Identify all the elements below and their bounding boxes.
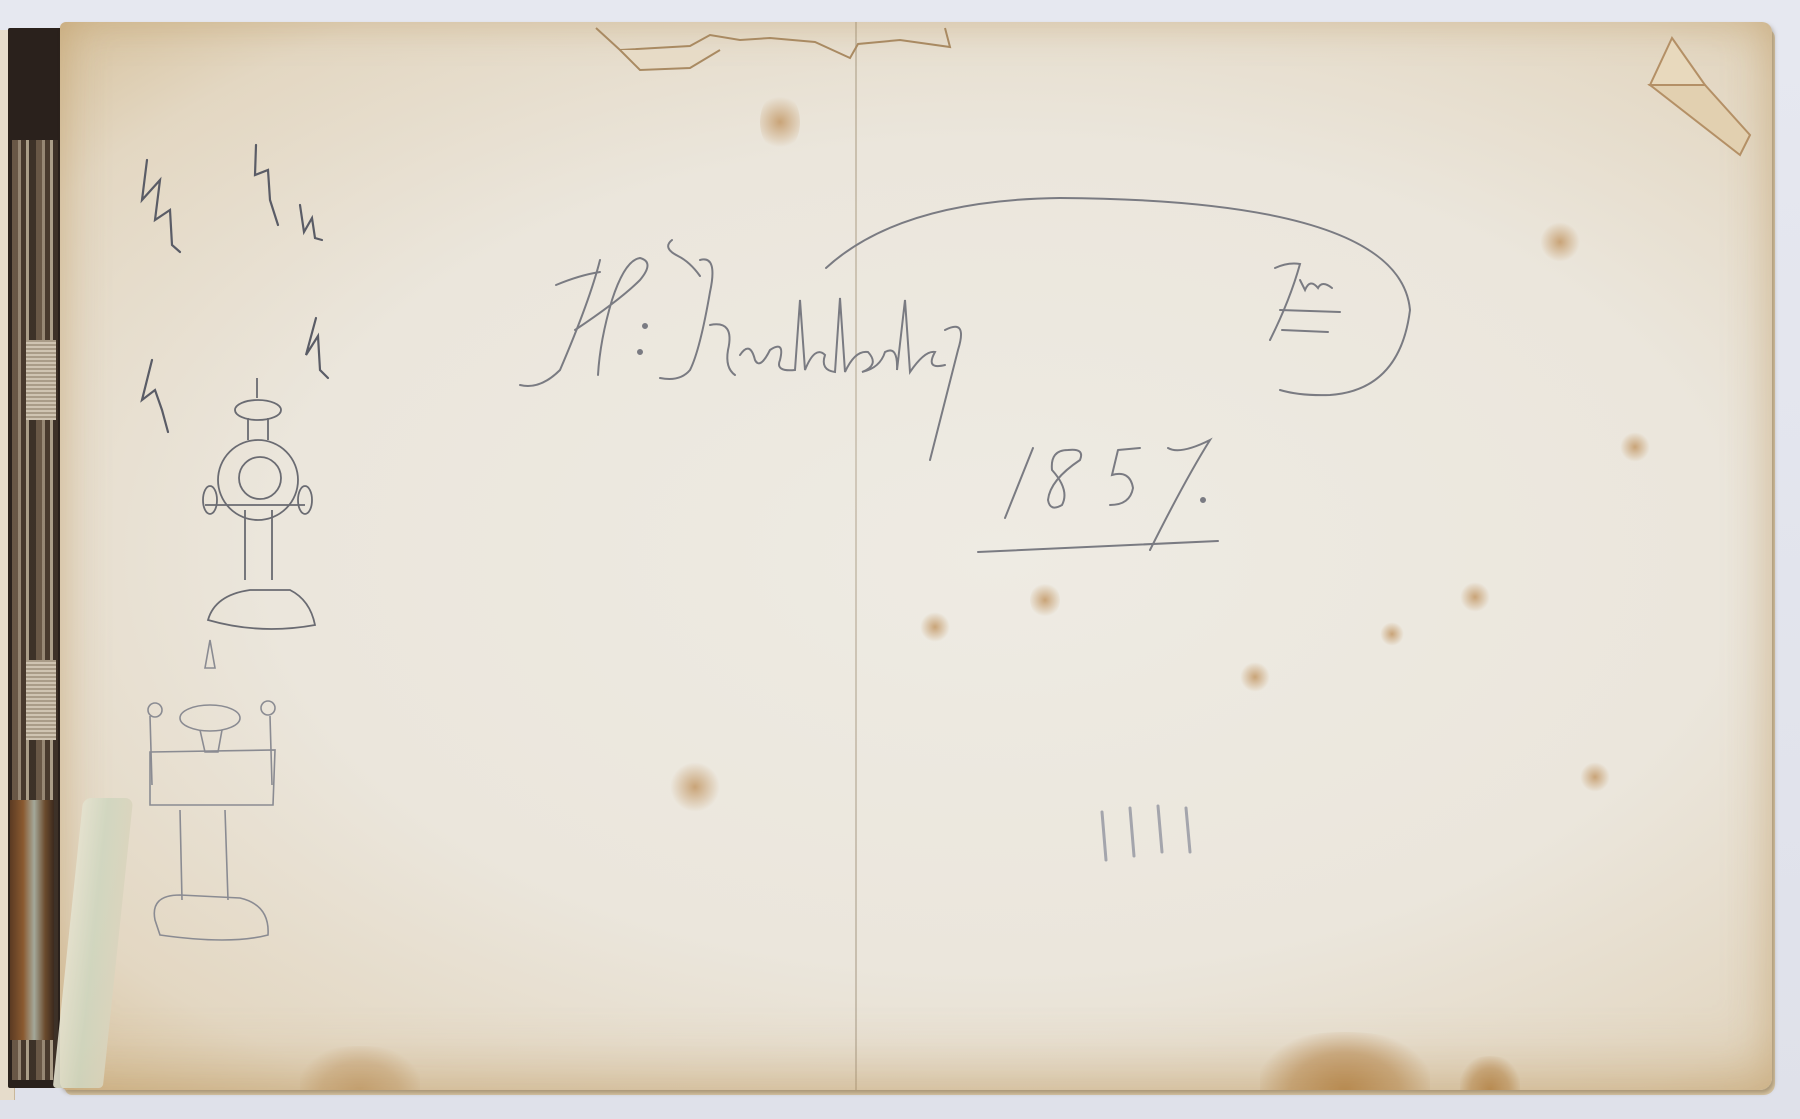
- foxing-spot: [1620, 432, 1650, 462]
- foxing-spot: [1540, 222, 1580, 262]
- sketchbook-page: [60, 22, 1772, 1090]
- page-fold-line: [855, 22, 857, 1090]
- water-stain: [1260, 1032, 1430, 1090]
- foxing-spot: [1460, 582, 1490, 612]
- foxing-spot: [920, 612, 950, 642]
- foxing-spot: [670, 762, 720, 812]
- water-stain: [300, 1046, 420, 1090]
- foxing-spot: [1380, 622, 1404, 646]
- spine-sewing-band: [26, 340, 56, 420]
- spine-sewing-band: [26, 660, 56, 740]
- foxing-spot: [760, 92, 800, 152]
- water-stain: [1460, 1056, 1520, 1090]
- foxing-spot: [1240, 662, 1270, 692]
- foxing-spot: [1580, 762, 1610, 792]
- spine-damage: [10, 800, 54, 1040]
- foxing-spot: [1030, 582, 1060, 618]
